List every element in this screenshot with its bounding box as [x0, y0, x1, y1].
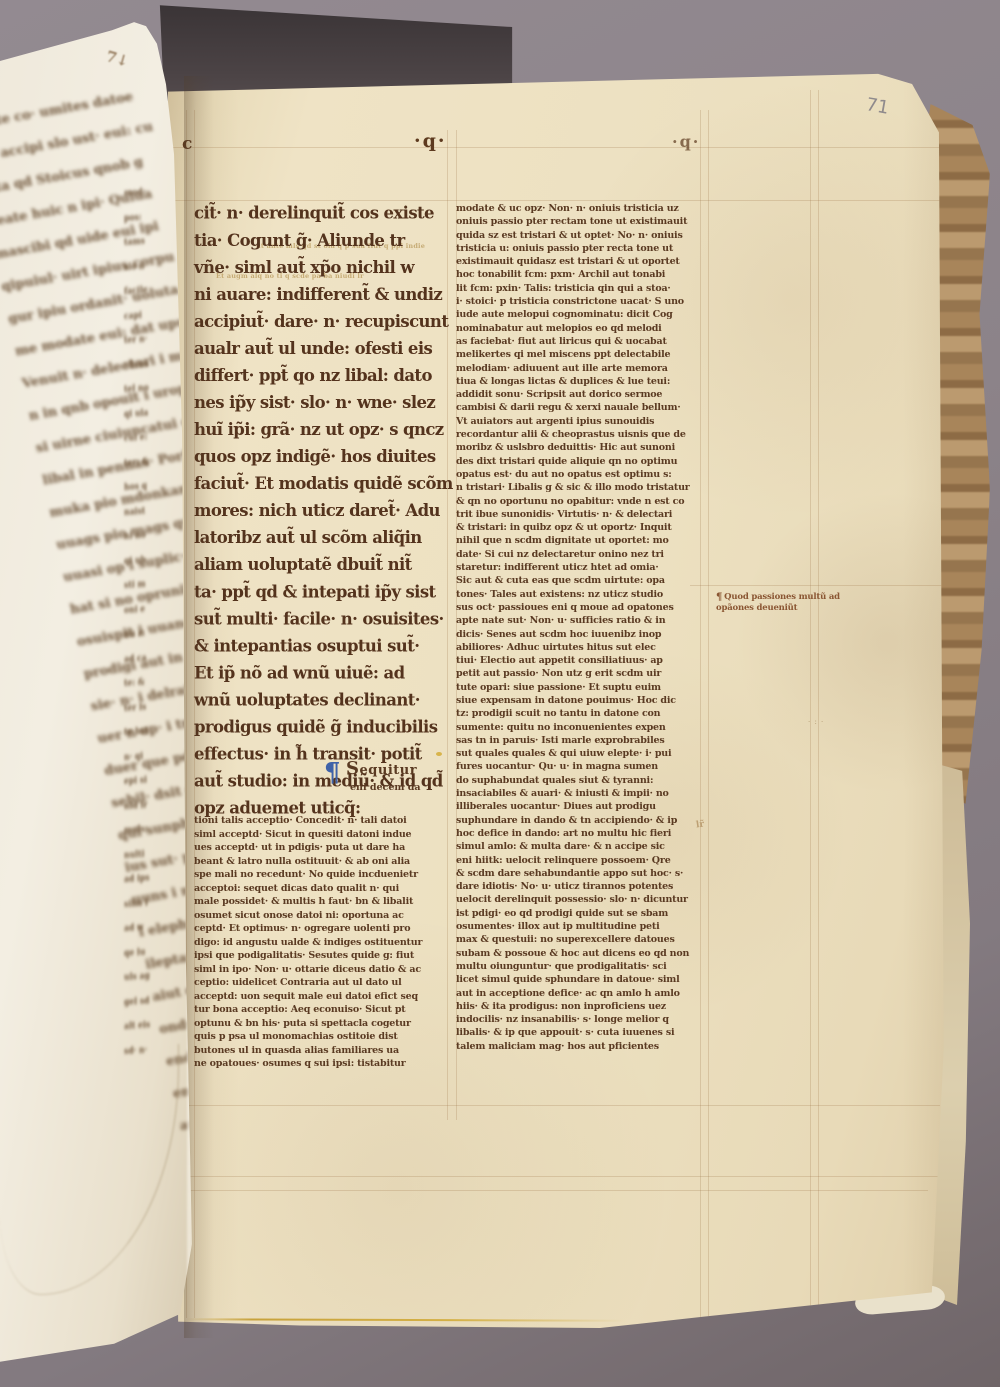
text-line: prodigus quidẽ g̃ inducibilis	[194, 714, 450, 741]
text-line: huĩ ip̃i: grã· nz ut opz· s qncz	[194, 416, 450, 443]
right-column: modate & uc opz· Non· n· oniuis tristici…	[456, 202, 708, 1053]
text-line: capi	[124, 301, 173, 329]
text-line: acceptoi: sequet dicas dato qualit n· qu…	[194, 882, 454, 896]
text-line: male possidet· & multis h faut· bn & lib…	[194, 895, 454, 909]
parchment-crease	[0, 1044, 179, 1295]
text-line: sas tn in paruis· Isti marle exprobrabil…	[456, 734, 708, 747]
text-line: latoribz aut̃ ul scõm aliq̃in	[194, 524, 450, 551]
text-line: moribz & uslsbro deduittis· Hic aut suno…	[456, 441, 708, 454]
text-line: siue expensam in datone pouimus· Hoc dic	[456, 694, 708, 707]
text-line: subam & possoue & hoc aut dicens eo qd n…	[456, 947, 708, 960]
gold-fleck	[436, 752, 442, 756]
text-line: cit̃· n· derelinquit̃ cos existe	[194, 200, 450, 227]
text-line: & qn no oportunu no opabitur: vnde n est…	[456, 495, 708, 508]
marginal-note-text: Quod passiones multũ ad opãones deueniũt	[716, 592, 840, 613]
text-line: n tristari· Libalis g & sic & illo modo …	[456, 481, 708, 494]
text-line: butones ul in quasda alias familiares ua	[194, 1044, 454, 1058]
text-line: quida sz est tristari & ut optet· No· n·…	[456, 229, 708, 242]
text-line: melodiam· adiuuent aut ille arte memora	[456, 362, 708, 375]
text-line: ceptio: uidelicet Contraria aut ul dato …	[194, 976, 454, 990]
text-line: acceptd: uon sequit male eui datoi efict…	[194, 990, 454, 1004]
text-line: vñe· siml aut̃ xp̃o nichil w	[194, 254, 450, 281]
text-line: libalis· & ip que appouit· s· cuta iuuen…	[456, 1026, 708, 1039]
rubric-sequitur: Sequitur	[346, 758, 417, 779]
text-line: licet simul quide sphundare in datoue· s…	[456, 973, 708, 986]
text-line: alt eis	[124, 1012, 173, 1040]
text-line: modate & uc opz· Non· n· oniuis tristici…	[456, 202, 708, 215]
blue-pilcrow-icon: ¶	[324, 758, 341, 788]
margin-dots: · : ·	[808, 718, 824, 726]
ruling-line	[810, 90, 811, 1310]
text-line: dicis· Senes aut scdm hoc iuuenibz inop	[456, 628, 708, 641]
text-line: tones· Tales aut existens: nz uticz stud…	[456, 588, 708, 601]
text-line: accipiut̃· dare· n· recupiscunt	[194, 308, 450, 335]
text-line: petit aut passio· Non utz g erit scdm ui…	[456, 667, 708, 680]
text-line: trit ibue sunonidis· Virtutis· n· & dele…	[456, 508, 708, 521]
text-line: tel no	[124, 375, 173, 403]
text-line: staretur: indifferent uticz htet ad omia…	[456, 561, 708, 574]
facing-pencil-mark: 7↓	[104, 47, 131, 71]
text-line: ceptd· Et optimus· n· ogregare uolenti p…	[194, 922, 454, 936]
text-line: uelocit derelinquit possessio· slo· n· d…	[456, 893, 708, 906]
text-line: lit fcm: pxin· Talis: tristicia qin qui …	[456, 282, 708, 295]
text-line: faciut̃· Et modatis quidẽ scõm	[194, 470, 450, 497]
text-line: nihil que n scdm dignitate ut oportet: m…	[456, 534, 708, 547]
text-line: addidit sonu· Scripsit aut dorico sermoe	[456, 388, 708, 401]
text-line: ni auare: indifferent̃ & undiz	[194, 281, 450, 308]
text-line: Sic aut & cuta eas que scdm uirtute: opa	[456, 574, 708, 587]
text-line: & scdm dare sehabundantie appo sut hoc· …	[456, 867, 708, 880]
text-line: nid lr	[124, 791, 173, 819]
text-line: fures uocantur· Qu· u· in magna sumen	[456, 760, 708, 773]
text-line: as faciebat· fiut aut liricus qui & uoca…	[456, 335, 708, 348]
text-line: tia· Cogunt g̃· Aliunde tr	[194, 227, 450, 254]
text-line: Et ip̃ nõ ad wnũ uiuẽ: ad	[194, 660, 450, 687]
text-line: cambisi & darii regu & xerxi nauale bell…	[456, 401, 708, 414]
ruling-line	[168, 1176, 940, 1177]
text-line: siml in ipo· Non· u· ottarie diceus dati…	[194, 963, 454, 977]
text-line: qe lu	[124, 938, 173, 966]
text-line: hoc defice in dando: art no multu hic fi…	[456, 827, 708, 840]
left-column-large-script: cit̃· n· derelinquit̃ cos existetia· Cog…	[194, 200, 450, 822]
text-line: differt· ppt̃ qo nz libal: dato	[194, 362, 450, 389]
margin-scribble: lr̃	[695, 819, 704, 830]
text-line: nl no	[124, 522, 173, 550]
text-line: siml acceptd· Sicut in quesiti datoni in…	[194, 828, 454, 842]
text-line: slo n	[124, 252, 173, 280]
text-line: abiliores· Adhuc uirtutes hitus sut elec	[456, 641, 708, 654]
text-line: ubros	[124, 350, 173, 378]
facing-page-verso: 7↓ nitate co· umites datoema accipi slo …	[0, 14, 200, 1364]
text-line: opatus est· du aut no opatus est optimu …	[456, 468, 708, 481]
text-line: epi si	[124, 767, 173, 795]
ruling-line	[708, 110, 709, 1318]
text-line: mores: nich uticz daret̃· Adu	[194, 497, 450, 524]
text-line: apte nate sut· Non· u· sufficies ratio &…	[456, 614, 708, 627]
manuscript-photograph: c ·q· ·q· 71 ut ante mls qd st oia q p s…	[0, 0, 1000, 1387]
text-line: ter: &	[124, 448, 173, 476]
text-line: Vt auiators aut argenti ipius sunouidis	[456, 415, 708, 428]
text-line: ne opatoues· osumes q sui ipsi: tistabit…	[194, 1057, 454, 1071]
text-line: recordantur alii & cheoprastus uisnis qu…	[456, 428, 708, 441]
text-line: aut in acceptione defice· ac qn amlo h a…	[456, 987, 708, 1000]
facing-page-curved-strip-text: mod:pos:tamsslo nfacilecapiter n·ubroste…	[124, 179, 173, 1064]
text-line: nu z:	[124, 620, 173, 648]
text-line: ad w	[124, 914, 173, 942]
text-line: quis p psa ul monomachias ostitoie dist	[194, 1030, 454, 1044]
manuscript-page-recto: c ·q· ·q· 71 ut ante mls qd st oia q p s…	[160, 70, 950, 1342]
text-line: simul amlo: & multa dare· & n accipe sic	[456, 840, 708, 853]
quire-mark-right: ·q·	[672, 132, 700, 151]
text-line: hoc tonabilit fcm: pxm· Archil aut tonab…	[456, 268, 708, 281]
text-line: tiua & longas lictas & duplices & lue te…	[456, 375, 708, 388]
text-line: nes ip̃y sist· slo· n· wne· slez	[194, 389, 450, 416]
text-line: te bst	[124, 718, 173, 746]
text-line: aualr aut̃ ul unde: ofesti eis	[194, 335, 450, 362]
text-line: gel sd	[124, 987, 173, 1015]
ruling-line	[168, 1190, 928, 1191]
text-line: mod:	[124, 179, 173, 207]
text-line: beant & latro nulla ostituuit· & ab oni …	[194, 855, 454, 869]
pilcrow-icon: ¶	[716, 592, 722, 603]
rubric-tail-text: eni decem da	[350, 782, 421, 793]
text-line: uls ag	[124, 963, 173, 991]
text-line: tz: prodigii scuit no tantu in datone co…	[456, 707, 708, 720]
text-line: tristicia u: oniuis passio pter recta to…	[456, 242, 708, 255]
text-line: ter n·	[124, 326, 173, 354]
text-line: ad ca	[124, 644, 173, 672]
text-line: talem maliciam mag· hos aut pficientes	[456, 1040, 708, 1053]
text-line: date· Si cui nz delectaretur onino nez t…	[456, 548, 708, 561]
text-line: qi ula	[124, 399, 173, 427]
text-line: ipsi que podigalitatis· Sesutes quide g:…	[194, 949, 454, 963]
text-line: insaciabiles & auari· & iniusti & impii·…	[456, 787, 708, 800]
text-line: tams	[124, 228, 173, 256]
text-line: muls:	[124, 816, 173, 844]
text-line: wnũ uoluptates declinant·	[194, 687, 450, 714]
text-line: pos:	[124, 203, 173, 231]
text-line: illiberales uocantur· Diues aut prodigu	[456, 800, 708, 813]
text-line: sihn l	[124, 889, 173, 917]
text-line: digo: id angustu ualde & indiges ostitue…	[194, 936, 454, 950]
text-line: existimauit quidasz est tristari & ut op…	[456, 255, 708, 268]
text-line: iude aute melopui cognominatu: dicit Cog	[456, 308, 708, 321]
text-line: ta· ppt̃ qd & intepati ip̃y sist	[194, 579, 450, 606]
text-line: tioni talis acceptio· Concedit· n· tali …	[194, 814, 454, 828]
text-line: & intepantias osuptui sut̃·	[194, 633, 450, 660]
text-line: n· qi	[124, 742, 173, 770]
text-line: tiui· Electio aut appetit consiliatiuus·…	[456, 654, 708, 667]
ruling-line	[818, 90, 819, 1310]
text-line: oniuis passio pter rectam tone ut existi…	[456, 215, 708, 228]
marginal-note: ¶Quod passiones multũ ad opãones deueniũ…	[716, 592, 846, 614]
text-line: facile	[124, 277, 173, 305]
text-line: osumentes· illox aut ip multitudine peti	[456, 920, 708, 933]
text-line: sus oct· passioues eni q moue ad opatone…	[456, 601, 708, 614]
text-line: indocilis· nz insanabilis· s· longe meli…	[456, 1013, 708, 1026]
text-line: naist	[124, 497, 173, 525]
ruling-line	[168, 147, 940, 148]
text-line: optunu & bn his· puta si spettacla coget…	[194, 1017, 454, 1031]
text-line: ues acceptd· ut in pdigis· puta ut dare …	[194, 841, 454, 855]
ruling-line	[168, 1105, 940, 1106]
text-line: cui e:	[124, 424, 173, 452]
text-line: te: &	[124, 669, 173, 697]
text-line: sti m	[124, 571, 173, 599]
text-line: oni e	[124, 595, 173, 623]
text-line: qi ub	[124, 546, 173, 574]
text-line: quos opz indigẽ· hos diuites	[194, 443, 450, 470]
text-line: tute opari: siue passione· Et suptu euim	[456, 681, 708, 694]
text-line: sut̃ multi· facile· n· osuisites·	[194, 606, 450, 633]
text-line: eni hiitk: uelocit relinquere possoem· Q…	[456, 854, 708, 867]
gilt-bottom-edge	[186, 1318, 626, 1322]
text-line: osumet sicut onose datoi ni: oportuna ac	[194, 909, 454, 923]
text-line: ist pdigi· eo qd prodigi quide sut se sb…	[456, 907, 708, 920]
text-line: hiis· & ita prodigus: non inproficiens u…	[456, 1000, 708, 1013]
quire-mark-center: ·q·	[414, 130, 447, 152]
text-line: suphundare in dando & tn accipiendo· & i…	[456, 814, 708, 827]
text-line: ad ips	[124, 865, 173, 893]
text-line: nulti	[124, 840, 173, 868]
text-line: max & questuii: no superexcellere datoue…	[456, 933, 708, 946]
text-line: & tristari: in quibz opz & ut oportz· In…	[456, 521, 708, 534]
text-line: multu oiunguntur· que prodigalitatis· sc…	[456, 960, 708, 973]
text-line: do suphabundat quales siut & tyranni:	[456, 774, 708, 787]
text-line: aliam uoluptatẽ dbuit̃ nit̃	[194, 552, 450, 579]
ruling-line	[690, 585, 944, 586]
folio-number: 71	[864, 94, 890, 119]
text-line: hos q	[124, 473, 173, 501]
text-line: i· stoici· p tristicia constrictone uaca…	[456, 295, 708, 308]
text-line: spe mali no recedunt· No quide incduenie…	[194, 868, 454, 882]
text-line: dare idiotis· No· u· uticz tirannos pote…	[456, 880, 708, 893]
text-line: melikertes qi mel miscens ppt delectabil…	[456, 348, 708, 361]
text-line: nominabatur aut melopios eo qd melodi	[456, 322, 708, 335]
text-line: ter ls	[124, 693, 173, 721]
text-line: tur bona acceptio: Aeq econuiso· Sicut p…	[194, 1003, 454, 1017]
text-line: des dixt tristari quide aliquie qn no op…	[456, 455, 708, 468]
text-line: sut quales quales & qui uiuw elepte· i· …	[456, 747, 708, 760]
text-line: sumente: quitu no inconuenientes expen	[456, 721, 708, 734]
left-column-small-script: tioni talis acceptio· Concedit· n· tali …	[194, 814, 454, 1071]
